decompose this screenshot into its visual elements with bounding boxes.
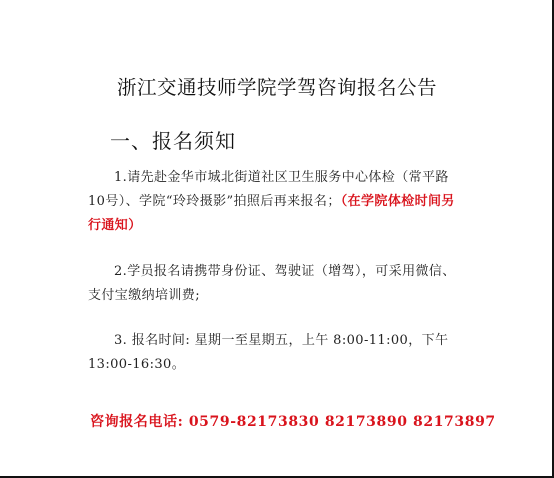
- document-page: 浙江交通技师学院学驾咨询报名公告 一、报名须知 1.请先赴金华市城北街道社区卫生…: [0, 0, 554, 478]
- section-heading: 一、报名须知: [110, 125, 236, 154]
- notice-item-2-text: 2.学员报名请携带身份证、驾驶证（增驾），可采用微信、 支付宝缴纳培训费;: [88, 264, 456, 303]
- document-title: 浙江交通技师学院学驾咨询报名公告: [0, 72, 554, 100]
- notice-item-1: 1.请先赴金华市城北街道社区卫生服务中心体检（常平路10号）、学院“玲玲摄影”拍…: [88, 166, 460, 238]
- notice-item-2: 2.学员报名请携带身份证、驾驶证（增驾），可采用微信、 支付宝缴纳培训费;: [88, 260, 460, 308]
- contact-phone-line: 咨询报名电话: 0579-82173830 82173890 82173897: [90, 411, 496, 431]
- notice-item-3-text: 3. 报名时间: 星期一至星期五，上午 8:00-11:00，下午 13:00-…: [88, 333, 448, 372]
- notice-item-3: 3. 报名时间: 星期一至星期五，上午 8:00-11:00，下午 13:00-…: [88, 329, 460, 377]
